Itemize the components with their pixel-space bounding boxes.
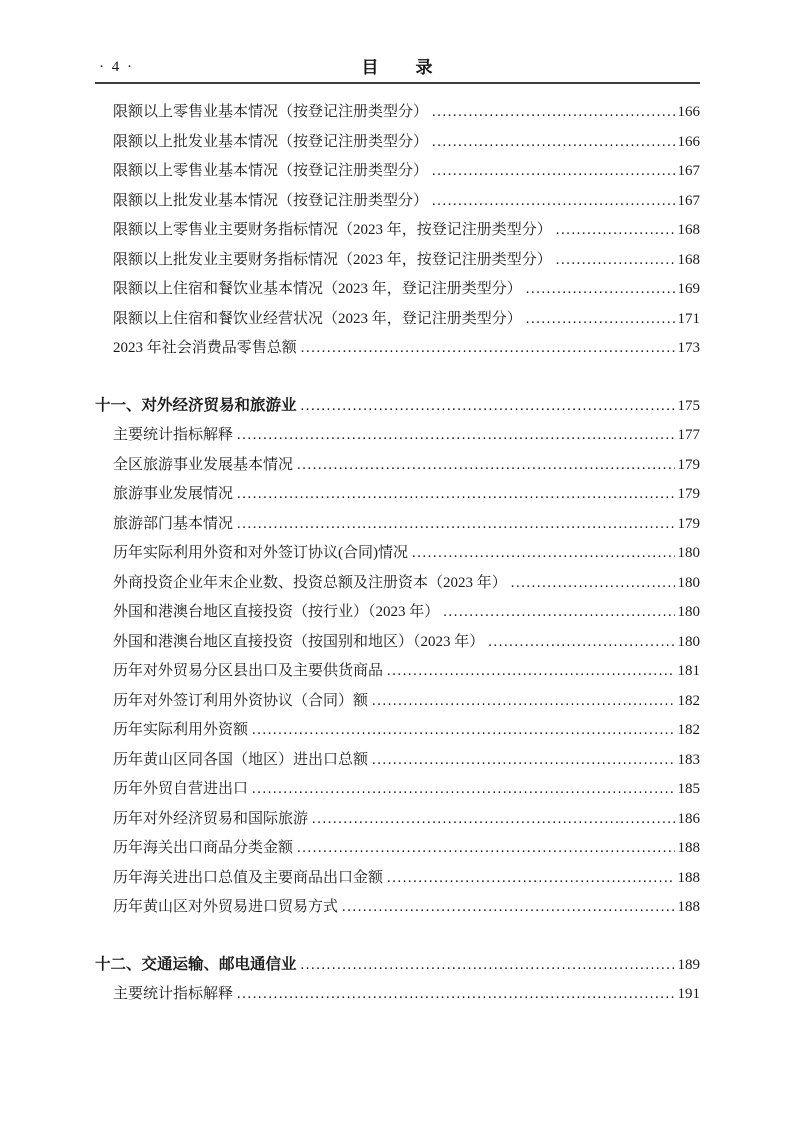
toc-entry-title: 限额以上住宿和餐饮业经营状况（2023 年，登记注册类型分） <box>113 305 522 335</box>
toc-row: 限额以上住宿和餐饮业基本情况（2023 年，登记注册类型分） 169 <box>95 275 700 305</box>
toc-page-number: 188 <box>678 834 701 864</box>
toc-entry-title: 旅游部门基本情况 <box>113 510 233 540</box>
toc-entry-title: 历年黄山区对外贸易进口贸易方式 <box>113 893 338 923</box>
toc-entry-title: 历年海关进出口总值及主要商品出口金额 <box>113 864 383 894</box>
dot-leader <box>526 275 675 305</box>
toc-entry-title: 外商投资企业年末企业数、投资总额及注册资本（2023 年） <box>113 569 507 599</box>
toc-row: 历年黄山区同各国（地区）进出口总额 183 <box>95 746 700 776</box>
dot-leader <box>297 834 674 864</box>
toc-entry-title: 全区旅游事业发展基本情况 <box>113 451 293 481</box>
toc-row: 限额以上批发业基本情况（按登记注册类型分） 166 <box>95 128 700 158</box>
dot-leader <box>237 421 674 451</box>
toc-entry-title: 主要统计指标解释 <box>113 421 233 451</box>
toc-row: 限额以上零售业基本情况（按登记注册类型分） 167 <box>95 157 700 187</box>
toc-title-heading: 目 录 <box>95 53 700 78</box>
toc-entry-title: 限额以上住宿和餐饮业基本情况（2023 年，登记注册类型分） <box>113 275 522 305</box>
toc-row: 历年海关出口商品分类金额 188 <box>95 834 700 864</box>
dot-leader <box>556 216 675 246</box>
dot-leader <box>237 510 674 540</box>
toc-entry-title: 外国和港澳台地区直接投资（按行业）（2023 年） <box>113 598 439 628</box>
dot-leader <box>372 746 674 776</box>
toc-page-number: 167 <box>678 187 701 217</box>
toc-list: 限额以上零售业基本情况（按登记注册类型分） 166 限额以上批发业基本情况（按登… <box>95 84 700 1010</box>
toc-page-number: 180 <box>678 569 701 599</box>
toc-entry-title: 限额以上零售业主要财务指标情况（2023 年，按登记注册类型分） <box>113 216 552 246</box>
document-page: · 4 · 目 录 限额以上零售业基本情况（按登记注册类型分） 166 限额以上… <box>0 0 793 1122</box>
toc-row: 十一、对外经济贸易和旅游业 175 <box>95 391 700 422</box>
dot-leader <box>432 128 674 158</box>
dot-leader <box>301 334 675 364</box>
toc-page-number: 183 <box>678 746 701 776</box>
toc-row: 2023 年社会消费品零售总额 173 <box>95 334 700 364</box>
toc-row: 主要统计指标解释 177 <box>95 421 700 451</box>
toc-entry-title: 历年实际利用外资额 <box>113 716 248 746</box>
toc-entry-title: 历年外贸自营进出口 <box>113 775 248 805</box>
toc-row: 历年对外签订利用外资协议（合同）额 182 <box>95 687 700 717</box>
toc-row: 外商投资企业年末企业数、投资总额及注册资本（2023 年） 180 <box>95 569 700 599</box>
toc-page-number: 171 <box>678 305 701 335</box>
toc-entry-title: 限额以上批发业基本情况（按登记注册类型分） <box>113 187 428 217</box>
dot-leader <box>387 864 674 894</box>
toc-row: 历年实际利用外资额 182 <box>95 716 700 746</box>
toc-entry-title: 历年实际利用外资和对外签订协议(合同)情况 <box>113 539 408 569</box>
toc-row: 外国和港澳台地区直接投资（按行业）（2023 年） 180 <box>95 598 700 628</box>
dot-leader <box>237 980 674 1010</box>
dot-leader <box>372 687 674 717</box>
toc-page-number: 181 <box>678 657 701 687</box>
toc-entry-title: 历年对外经济贸易和国际旅游 <box>113 805 308 835</box>
page-header: · 4 · 目 录 <box>95 62 700 84</box>
toc-entry-title: 限额以上批发业基本情况（按登记注册类型分） <box>113 128 428 158</box>
dot-leader <box>432 157 674 187</box>
dot-leader <box>252 716 674 746</box>
toc-entry-title: 历年对外签订利用外资协议（合同）额 <box>113 687 368 717</box>
toc-row: 历年对外贸易分区县出口及主要供货商品 181 <box>95 657 700 687</box>
toc-entry-title: 十二、交通运输、邮电通信业 <box>95 950 297 980</box>
dot-leader <box>301 950 675 981</box>
toc-entry-title: 历年黄山区同各国（地区）进出口总额 <box>113 746 368 776</box>
dot-leader <box>443 598 674 628</box>
toc-page-number: 186 <box>678 805 701 835</box>
toc-row: 历年实际利用外资和对外签订协议(合同)情况 180 <box>95 539 700 569</box>
toc-row: 历年对外经济贸易和国际旅游 186 <box>95 805 700 835</box>
toc-row: 限额以上零售业基本情况（按登记注册类型分） 166 <box>95 98 700 128</box>
toc-entry-title: 历年海关出口商品分类金额 <box>113 834 293 864</box>
dot-leader <box>387 657 674 687</box>
toc-page-number: 168 <box>678 216 701 246</box>
toc-entry-title: 外国和港澳台地区直接投资（按国别和地区）（2023 年） <box>113 628 484 658</box>
dot-leader <box>237 480 674 510</box>
toc-row: 历年外贸自营进出口 185 <box>95 775 700 805</box>
toc-row: 旅游部门基本情况 179 <box>95 510 700 540</box>
dot-leader <box>556 246 675 276</box>
toc-row: 外国和港澳台地区直接投资（按国别和地区）（2023 年） 180 <box>95 628 700 658</box>
toc-page-number: 189 <box>678 951 701 981</box>
toc-page-number: 175 <box>678 392 701 422</box>
toc-row: 限额以上零售业主要财务指标情况（2023 年，按登记注册类型分） 168 <box>95 216 700 246</box>
toc-page-number: 180 <box>678 628 701 658</box>
toc-row: 全区旅游事业发展基本情况 179 <box>95 451 700 481</box>
dot-leader <box>412 539 675 569</box>
dot-leader <box>312 805 674 835</box>
dot-leader <box>297 451 674 481</box>
toc-page-number: 166 <box>678 98 701 128</box>
dot-leader <box>526 305 675 335</box>
toc-page-number: 177 <box>678 421 701 451</box>
toc-row: 主要统计指标解释 191 <box>95 980 700 1010</box>
toc-page-number: 188 <box>678 864 701 894</box>
toc-page-number: 185 <box>678 775 701 805</box>
toc-page-number: 179 <box>678 451 701 481</box>
toc-entry-title: 限额以上批发业主要财务指标情况（2023 年，按登记注册类型分） <box>113 246 552 276</box>
toc-row: 限额以上批发业主要财务指标情况（2023 年，按登记注册类型分） 168 <box>95 246 700 276</box>
toc-row: 历年海关进出口总值及主要商品出口金额 188 <box>95 864 700 894</box>
toc-row: 历年黄山区对外贸易进口贸易方式 188 <box>95 893 700 923</box>
toc-page-number: 188 <box>678 893 701 923</box>
toc-page-number: 180 <box>678 539 701 569</box>
toc-entry-title: 限额以上零售业基本情况（按登记注册类型分） <box>113 98 428 128</box>
toc-page-number: 191 <box>678 980 701 1010</box>
toc-row: 限额以上批发业基本情况（按登记注册类型分） 167 <box>95 187 700 217</box>
toc-page-number: 180 <box>678 598 701 628</box>
toc-page-number: 173 <box>678 334 701 364</box>
dot-leader <box>432 187 674 217</box>
toc-page-number: 179 <box>678 480 701 510</box>
toc-page-number: 179 <box>678 510 701 540</box>
toc-entry-title: 十一、对外经济贸易和旅游业 <box>95 391 297 421</box>
dot-leader <box>342 893 674 923</box>
toc-page-number: 166 <box>678 128 701 158</box>
toc-page-number: 182 <box>678 687 701 717</box>
toc-entry-title: 旅游事业发展情况 <box>113 480 233 510</box>
toc-entry-title: 2023 年社会消费品零售总额 <box>113 334 297 364</box>
toc-row: 限额以上住宿和餐饮业经营状况（2023 年，登记注册类型分） 171 <box>95 305 700 335</box>
dot-leader <box>301 391 675 422</box>
toc-entry-title: 主要统计指标解释 <box>113 980 233 1010</box>
toc-row: 十二、交通运输、邮电通信业 189 <box>95 950 700 981</box>
toc-entry-title: 历年对外贸易分区县出口及主要供货商品 <box>113 657 383 687</box>
dot-leader <box>511 569 675 599</box>
toc-page-number: 182 <box>678 716 701 746</box>
dot-leader <box>252 775 674 805</box>
dot-leader <box>488 628 674 658</box>
toc-entry-title: 限额以上零售业基本情况（按登记注册类型分） <box>113 157 428 187</box>
toc-page-number: 169 <box>678 275 701 305</box>
toc-row: 旅游事业发展情况 179 <box>95 480 700 510</box>
toc-page-number: 167 <box>678 157 701 187</box>
dot-leader <box>432 98 674 128</box>
toc-page-number: 168 <box>678 246 701 276</box>
